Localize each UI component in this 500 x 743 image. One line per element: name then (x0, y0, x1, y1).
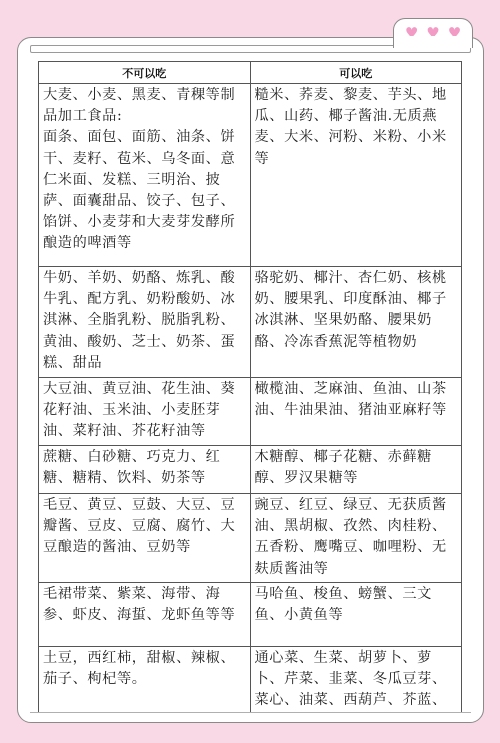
cannot-eat-cell: 土豆，西红柿，甜椒、辣椒、茄子、枸杞等。 (39, 646, 250, 713)
cannot-eat-cell: 毛裙带菜、紫菜、海带、海参、虾皮、海蜇、龙虾鱼等等 (39, 582, 250, 646)
table-row: 毛裙带菜、紫菜、海带、海参、虾皮、海蜇、龙虾鱼等等 马哈鱼、梭鱼、螃蟹、三文鱼、… (39, 582, 461, 646)
header-cannot-eat: 不可以吃 (39, 62, 250, 84)
can-eat-cell: 木糖醇、椰子花糖、赤藓糖醇、罗汉果糖等 (250, 446, 461, 494)
cell-text: 豌豆、红豆、绿豆、无获质酱油、黑胡椒、孜然、肉桂粉、五香粉、鹰嘴豆、咖哩粉、无麸… (255, 497, 447, 577)
cell-text: 蔗糖、白砂糖、巧克力、红糖、糖精、饮料、奶茶等 (43, 449, 220, 486)
cell-text: 大麦、小麦、黑麦、青稞等制品加工食品: 面条、面包、面筋、油条、饼干、麦籽、苞米… (43, 87, 235, 251)
header-can-eat: 可以吃 (250, 62, 461, 84)
cell-text: 毛裙带菜、紫菜、海带、海参、虾皮、海蜇、龙虾鱼等等 (43, 586, 235, 623)
can-eat-cell: 橄榄油、芝麻油、鱼油、山茶油、牛油果油、猪油亚麻籽等 (250, 378, 461, 446)
cell-text: 大豆油、黄豆油、花生油、葵花籽油、玉米油、小麦胚芽油、菜籽油、芥花籽油等 (43, 381, 235, 439)
table-row: 大豆油、黄豆油、花生油、葵花籽油、玉米油、小麦胚芽油、菜籽油、芥花籽油等 橄榄油… (39, 378, 461, 446)
table-row: 土豆，西红柿，甜椒、辣椒、茄子、枸杞等。 通心菜、生菜、胡萝卜、萝卜、芹菜、韭菜… (39, 646, 461, 713)
cell-text: 土豆，西红柿，甜椒、辣椒、茄子、枸杞等。 (43, 650, 235, 687)
diet-table-container: 不可以吃 可以吃 大麦、小麦、黑麦、青稞等制品加工食品: 面条、面包、面筋、油条… (38, 61, 462, 713)
table-row: 大麦、小麦、黑麦、青稞等制品加工食品: 面条、面包、面筋、油条、饼干、麦籽、苞米… (39, 84, 461, 267)
cell-text: 马哈鱼、梭鱼、螃蟹、三文鱼、小黄鱼等 (255, 586, 432, 623)
cannot-eat-cell: 毛豆、黄豆、豆鼓、大豆、豆瓣酱、豆皮、豆腐、腐竹、大豆酿造的酱油、豆奶等 (39, 494, 250, 583)
cannot-eat-cell: 大豆油、黄豆油、花生油、葵花籽油、玉米油、小麦胚芽油、菜籽油、芥花籽油等 (39, 378, 250, 446)
cell-text: 橄榄油、芝麻油、鱼油、山茶油、牛油果油、猪油亚麻籽等 (255, 381, 447, 418)
cell-text: 木糖醇、椰子花糖、赤藓糖醇、罗汉果糖等 (255, 449, 432, 486)
cell-text: 糙米、荞麦、黎麦、芋头、地瓜、山药、椰子酱油.无质燕麦、大米、河粉、米粉、小米等 (255, 87, 447, 167)
can-eat-cell: 骆驼奶、椰汁、杏仁奶、核桃奶、腰果乳、印度酥油、椰子冰淇淋、坚果奶酪、腰果奶酪、… (250, 267, 461, 378)
can-eat-cell: 马哈鱼、梭鱼、螃蟹、三文鱼、小黄鱼等 (250, 582, 461, 646)
decorative-tab: ♥ ♥ ♥ (393, 18, 473, 48)
table-row: 蔗糖、白砂糖、巧克力、红糖、糖精、饮料、奶茶等 木糖醇、椰子花糖、赤藓糖醇、罗汉… (39, 446, 461, 494)
diet-table: 不可以吃 可以吃 大麦、小麦、黑麦、青稞等制品加工食品: 面条、面包、面筋、油条… (39, 62, 461, 713)
table-row: 牛奶、羊奶、奶酪、炼乳、酸牛乳、配方乳、奶粉酸奶、冰淇淋、全脂乳粉、脱脂乳粉、黄… (39, 267, 461, 378)
cell-text: 通心菜、生菜、胡萝卜、萝卜、芹菜、韭菜、冬瓜豆芽、菜心、油菜、西葫芦、芥蓝、菌类… (255, 650, 447, 713)
cell-text: 骆驼奶、椰汁、杏仁奶、核桃奶、腰果乳、印度酥油、椰子冰淇淋、坚果奶酪、腰果奶酪、… (255, 270, 447, 350)
frame-bottom-bar (30, 712, 471, 717)
cell-text: 牛奶、羊奶、奶酪、炼乳、酸牛乳、配方乳、奶粉酸奶、冰淇淋、全脂乳粉、脱脂乳粉、黄… (43, 270, 235, 371)
cannot-eat-cell: 牛奶、羊奶、奶酪、炼乳、酸牛乳、配方乳、奶粉酸奶、冰淇淋、全脂乳粉、脱脂乳粉、黄… (39, 267, 250, 378)
can-eat-cell: 通心菜、生菜、胡萝卜、萝卜、芹菜、韭菜、冬瓜豆芽、菜心、油菜、西葫芦、芥蓝、菌类… (250, 646, 461, 713)
table-row: 毛豆、黄豆、豆鼓、大豆、豆瓣酱、豆皮、豆腐、腐竹、大豆酿造的酱油、豆奶等 豌豆、… (39, 494, 461, 583)
can-eat-cell: 豌豆、红豆、绿豆、无获质酱油、黑胡椒、孜然、肉桂粉、五香粉、鹰嘴豆、咖哩粉、无麸… (250, 494, 461, 583)
cannot-eat-cell: 蔗糖、白砂糖、巧克力、红糖、糖精、饮料、奶茶等 (39, 446, 250, 494)
cannot-eat-cell: 大麦、小麦、黑麦、青稞等制品加工食品: 面条、面包、面筋、油条、饼干、麦籽、苞米… (39, 84, 250, 267)
table-header-row: 不可以吃 可以吃 (39, 62, 461, 84)
cell-text: 毛豆、黄豆、豆鼓、大豆、豆瓣酱、豆皮、豆腐、腐竹、大豆酿造的酱油、豆奶等 (43, 497, 235, 555)
tab-joint (394, 36, 471, 40)
can-eat-cell: 糙米、荞麦、黎麦、芋头、地瓜、山药、椰子酱油.无质燕麦、大米、河粉、米粉、小米等 (250, 84, 461, 267)
